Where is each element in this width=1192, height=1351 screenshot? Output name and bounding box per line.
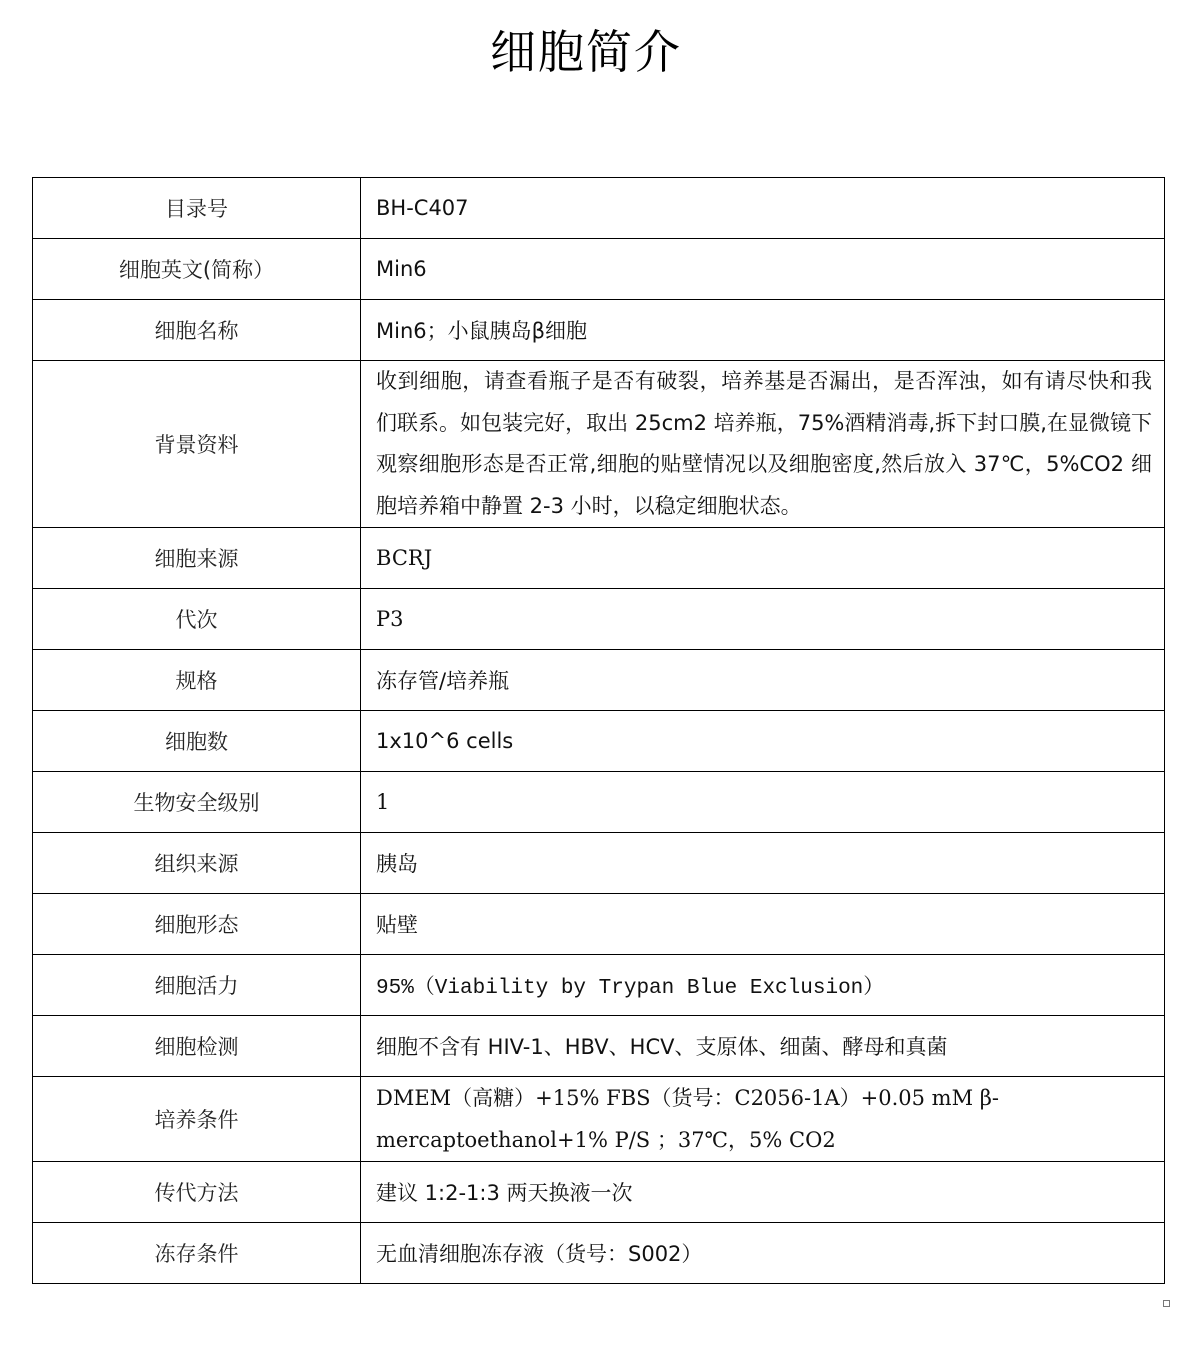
table-row: 目录号 BH-C407	[33, 178, 1165, 239]
row-value-viability: 95%（Viability by Trypan Blue Exclusion）	[361, 955, 1165, 1016]
table-row: 代次 P3	[33, 589, 1165, 650]
table-row: 组织来源 胰岛	[33, 833, 1165, 894]
table-resize-handle	[1163, 1300, 1170, 1307]
row-label-background: 背景资料	[33, 361, 361, 528]
row-label-passage: 代次	[33, 589, 361, 650]
table-row: 细胞形态 贴壁	[33, 894, 1165, 955]
table-row: 生物安全级别 1	[33, 772, 1165, 833]
row-label-specification: 规格	[33, 650, 361, 711]
row-value-catalog-number: BH-C407	[361, 178, 1165, 239]
row-value-english-name: Min6	[361, 239, 1165, 300]
row-value-culture-conditions: DMEM（高糖）+15% FBS（货号：C2056-1A）+0.05 mM β-…	[361, 1077, 1165, 1162]
row-value-freezing-conditions: 无血清细胞冻存液（货号：S002）	[361, 1223, 1165, 1284]
row-value-morphology: 贴壁	[361, 894, 1165, 955]
row-label-tissue-source: 组织来源	[33, 833, 361, 894]
row-value-biosafety-level: 1	[361, 772, 1165, 833]
row-label-culture-conditions: 培养条件	[33, 1077, 361, 1162]
row-value-background: 收到细胞，请查看瓶子是否有破裂，培养基是否漏出，是否浑浊，如有请尽快和我们联系。…	[361, 361, 1165, 528]
row-value-source: BCRJ	[361, 528, 1165, 589]
row-value-testing: 细胞不含有 HIV-1、HBV、HCV、支原体、细菌、酵母和真菌	[361, 1016, 1165, 1077]
row-label-freezing-conditions: 冻存条件	[33, 1223, 361, 1284]
row-value-specification: 冻存管/培养瓶	[361, 650, 1165, 711]
row-value-subculture-method: 建议 1:2-1:3 两天换液一次	[361, 1162, 1165, 1223]
table-row: 细胞活力 95%（Viability by Trypan Blue Exclus…	[33, 955, 1165, 1016]
row-value-cell-count: 1x10^6 cells	[361, 711, 1165, 772]
row-value-cell-name: Min6；小鼠胰岛β细胞	[361, 300, 1165, 361]
row-value-passage: P3	[361, 589, 1165, 650]
table-row: 细胞英文(简称） Min6	[33, 239, 1165, 300]
table-row: 细胞来源 BCRJ	[33, 528, 1165, 589]
table-row: 规格 冻存管/培养瓶	[33, 650, 1165, 711]
row-label-catalog-number: 目录号	[33, 178, 361, 239]
table-row: 细胞数 1x10^6 cells	[33, 711, 1165, 772]
table-row: 细胞检测 细胞不含有 HIV-1、HBV、HCV、支原体、细菌、酵母和真菌	[33, 1016, 1165, 1077]
page-title: 细胞简介	[0, 20, 1172, 84]
row-label-subculture-method: 传代方法	[33, 1162, 361, 1223]
row-label-source: 细胞来源	[33, 528, 361, 589]
row-label-viability: 细胞活力	[33, 955, 361, 1016]
table-row: 冻存条件 无血清细胞冻存液（货号：S002）	[33, 1223, 1165, 1284]
row-label-testing: 细胞检测	[33, 1016, 361, 1077]
table-row: 培养条件 DMEM（高糖）+15% FBS（货号：C2056-1A）+0.05 …	[33, 1077, 1165, 1162]
cell-info-table: 目录号 BH-C407 细胞英文(简称） Min6 细胞名称 Min6；小鼠胰岛…	[32, 177, 1165, 1284]
table-row: 背景资料 收到细胞，请查看瓶子是否有破裂，培养基是否漏出，是否浑浊，如有请尽快和…	[33, 361, 1165, 528]
row-label-cell-name: 细胞名称	[33, 300, 361, 361]
row-label-biosafety-level: 生物安全级别	[33, 772, 361, 833]
table-row: 细胞名称 Min6；小鼠胰岛β细胞	[33, 300, 1165, 361]
table-row: 传代方法 建议 1:2-1:3 两天换液一次	[33, 1162, 1165, 1223]
row-label-english-name: 细胞英文(简称）	[33, 239, 361, 300]
row-label-cell-count: 细胞数	[33, 711, 361, 772]
row-value-tissue-source: 胰岛	[361, 833, 1165, 894]
row-label-morphology: 细胞形态	[33, 894, 361, 955]
